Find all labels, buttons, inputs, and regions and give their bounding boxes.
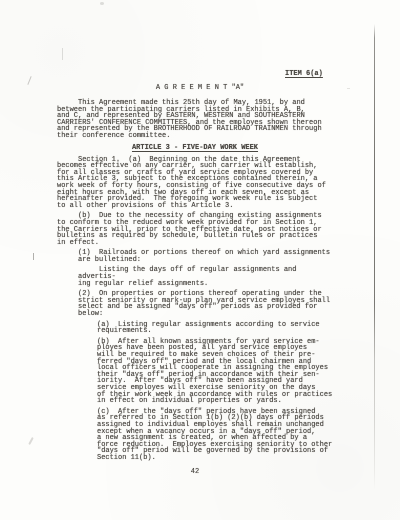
sub-item-a-paragraph: (a) Listing regular assignments accordin… — [97, 322, 333, 335]
scanned-document-page: ITEM 6(a) A G R E E M E N T "A" This Agr… — [0, 0, 400, 520]
item-label: ITEM 6(a) — [285, 70, 323, 78]
article-heading: ARTICLE 3 - FIVE-DAY WORK WEEK — [57, 144, 333, 152]
section-1a-paragraph: Section 1. (a) Beginning on the date thi… — [57, 157, 333, 210]
scan-artifact-speck — [33, 253, 34, 260]
sub-item-c-paragraph: (c) After the "days off" periods have be… — [97, 409, 333, 462]
item-1-text-paragraph: Listing the days off of regular assignme… — [78, 267, 333, 287]
scan-artifact-speck — [100, 2, 104, 5]
section-1b-paragraph: (b) Due to the necessity of changing exi… — [57, 213, 333, 246]
scan-artifact-speck — [62, 48, 63, 60]
page-number: 42 — [57, 468, 333, 476]
document-body: This Agreement made this 25th day of May… — [57, 100, 333, 466]
article-heading-text: ARTICLE 3 - FIVE-DAY WORK WEEK — [132, 144, 258, 152]
scan-artifact-speck — [28, 437, 34, 445]
scan-artifact-vertical-line — [374, 24, 375, 490]
item-2-paragraph: (2) On properties or portions thereof op… — [78, 291, 333, 317]
preamble-paragraph: This Agreement made this 25th day of May… — [57, 100, 333, 140]
scan-artifact-speck — [27, 76, 31, 85]
item-1-paragraph: (1) Railroads or portions thereof on whi… — [78, 250, 333, 263]
sub-item-b-paragraph: (b) After all known assignments for yard… — [97, 339, 333, 405]
scan-artifact-speck — [347, 88, 350, 89]
document-title: A G R E E M E N T "A" — [57, 84, 343, 92]
